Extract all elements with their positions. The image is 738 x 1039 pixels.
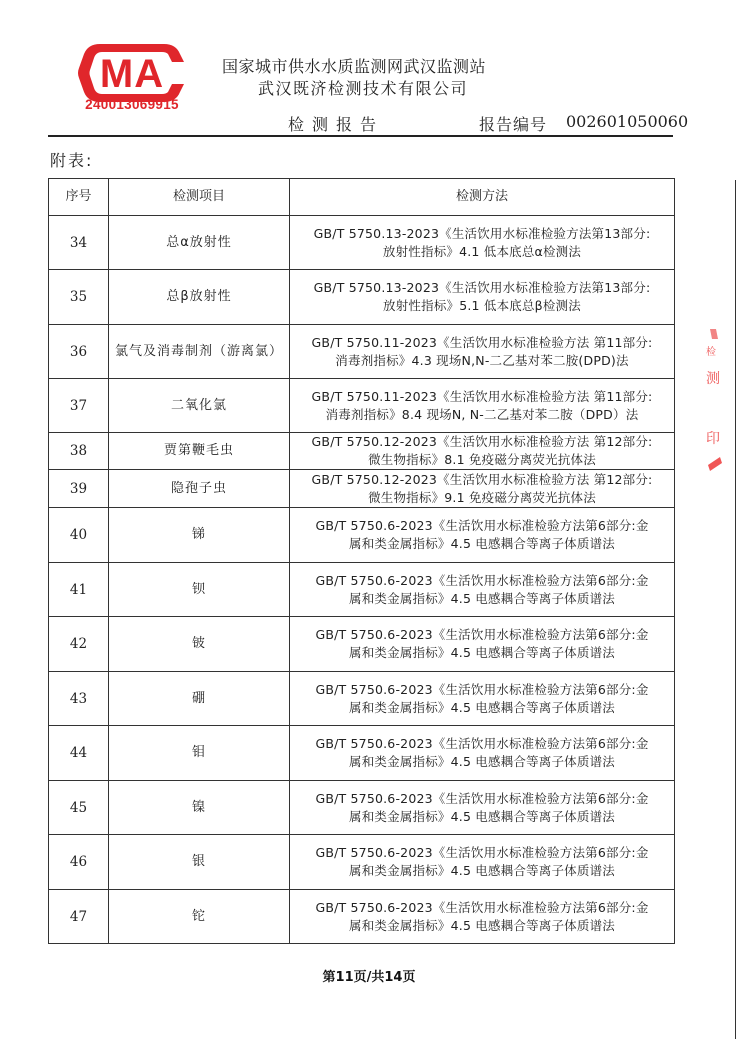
partial-red-seal-icon: 检 测 印 — [702, 325, 726, 475]
svg-text:印: 印 — [706, 431, 720, 447]
test-item: 隐孢子虫 — [109, 470, 290, 508]
header-divider — [48, 135, 673, 137]
table-row: 45镍GB/T 5750.6-2023《生活饮用水标准检验方法第6部分:金属和类… — [49, 781, 675, 835]
test-method-line: GB/T 5750.11-2023《生活饮用水标准检验方法 第11部分: — [292, 388, 672, 406]
table-row: 46银GB/T 5750.6-2023《生活饮用水标准检验方法第6部分:金属和类… — [49, 835, 675, 890]
test-item: 镍 — [109, 781, 290, 835]
test-method: GB/T 5750.11-2023《生活饮用水标准检验方法 第11部分:消毒剂指… — [290, 379, 675, 433]
row-number: 42 — [49, 617, 109, 672]
test-method-line: 属和类金属指标》4.5 电感耦合等离子体质谱法 — [292, 753, 672, 771]
test-item: 贾第鞭毛虫 — [109, 433, 290, 470]
test-method: GB/T 5750.11-2023《生活饮用水标准检验方法 第11部分:消毒剂指… — [290, 325, 675, 379]
test-method-line: 属和类金属指标》4.5 电感耦合等离子体质谱法 — [292, 862, 672, 880]
row-number: 41 — [49, 563, 109, 617]
test-method: GB/T 5750.13-2023《生活饮用水标准检验方法第13部分:放射性指标… — [290, 216, 675, 270]
test-method-line: GB/T 5750.6-2023《生活饮用水标准检验方法第6部分:金 — [292, 626, 672, 644]
table-row: 47铊GB/T 5750.6-2023《生活饮用水标准检验方法第6部分:金属和类… — [49, 890, 675, 944]
column-header-method: 检测方法 — [290, 179, 675, 216]
test-method: GB/T 5750.6-2023《生活饮用水标准检验方法第6部分:金属和类金属指… — [290, 781, 675, 835]
table-row: 40锑GB/T 5750.6-2023《生活饮用水标准检验方法第6部分:金属和类… — [49, 508, 675, 563]
row-number: 37 — [49, 379, 109, 433]
test-method-line: GB/T 5750.12-2023《生活饮用水标准检验方法 第12部分: — [292, 433, 672, 451]
row-number: 45 — [49, 781, 109, 835]
test-item: 总β放射性 — [109, 270, 290, 325]
test-method: GB/T 5750.6-2023《生活饮用水标准检验方法第6部分:金属和类金属指… — [290, 726, 675, 781]
row-number: 44 — [49, 726, 109, 781]
table-row: 43硼GB/T 5750.6-2023《生活饮用水标准检验方法第6部分:金属和类… — [49, 672, 675, 726]
report-number: 002601050060 — [566, 112, 688, 131]
org-name-secondary: 武汉既济检测技术有限公司 — [258, 76, 468, 99]
test-methods-table: 序号 检测项目 检测方法 34总α放射性GB/T 5750.13-2023《生活… — [48, 178, 675, 944]
test-method: GB/T 5750.6-2023《生活饮用水标准检验方法第6部分:金属和类金属指… — [290, 508, 675, 563]
svg-text:测: 测 — [706, 371, 720, 387]
test-item: 铍 — [109, 617, 290, 672]
test-method-line: 微生物指标》9.1 免疫磁分离荧光抗体法 — [292, 489, 672, 507]
row-number: 43 — [49, 672, 109, 726]
test-method-line: 属和类金属指标》4.5 电感耦合等离子体质谱法 — [292, 535, 672, 553]
test-method-line: 放射性指标》4.1 低本底总α检测法 — [292, 243, 672, 261]
test-method-line: GB/T 5750.6-2023《生活饮用水标准检验方法第6部分:金 — [292, 517, 672, 535]
test-method-line: GB/T 5750.6-2023《生活饮用水标准检验方法第6部分:金 — [292, 899, 672, 917]
test-method-line: GB/T 5750.6-2023《生活饮用水标准检验方法第6部分:金 — [292, 735, 672, 753]
table-row: 42铍GB/T 5750.6-2023《生活饮用水标准检验方法第6部分:金属和类… — [49, 617, 675, 672]
org-name-primary: 国家城市供水水质监测网武汉监测站 — [222, 54, 486, 77]
test-method: GB/T 5750.13-2023《生活饮用水标准检验方法第13部分:放射性指标… — [290, 270, 675, 325]
test-method: GB/T 5750.6-2023《生活饮用水标准检验方法第6部分:金属和类金属指… — [290, 672, 675, 726]
test-item: 铊 — [109, 890, 290, 944]
test-method-line: 属和类金属指标》4.5 电感耦合等离子体质谱法 — [292, 917, 672, 935]
test-method-line: GB/T 5750.6-2023《生活饮用水标准检验方法第6部分:金 — [292, 572, 672, 590]
test-method-line: 消毒剂指标》4.3 现场N,N-二乙基对苯二胺(DPD)法 — [292, 352, 672, 370]
test-method-line: GB/T 5750.12-2023《生活饮用水标准检验方法 第12部分: — [292, 471, 672, 489]
test-item: 钡 — [109, 563, 290, 617]
test-method: GB/T 5750.6-2023《生活饮用水标准检验方法第6部分:金属和类金属指… — [290, 563, 675, 617]
test-method-line: GB/T 5750.11-2023《生活饮用水标准检验方法 第11部分: — [292, 334, 672, 352]
table-row: 35总β放射性GB/T 5750.13-2023《生活饮用水标准检验方法第13部… — [49, 270, 675, 325]
test-method-line: 消毒剂指标》8.4 现场N, N-二乙基对苯二胺（DPD）法 — [292, 406, 672, 424]
test-method: GB/T 5750.6-2023《生活饮用水标准检验方法第6部分:金属和类金属指… — [290, 617, 675, 672]
row-number: 34 — [49, 216, 109, 270]
table-row: 36氯气及消毒制剂（游离氯）GB/T 5750.11-2023《生活饮用水标准检… — [49, 325, 675, 379]
test-method-line: 属和类金属指标》4.5 电感耦合等离子体质谱法 — [292, 590, 672, 608]
test-method-line: 属和类金属指标》4.5 电感耦合等离子体质谱法 — [292, 808, 672, 826]
svg-text:MA: MA — [100, 52, 164, 96]
row-number: 35 — [49, 270, 109, 325]
test-method-line: 放射性指标》5.1 低本底总β检测法 — [292, 297, 672, 315]
row-number: 39 — [49, 470, 109, 508]
test-method-line: GB/T 5750.13-2023《生活饮用水标准检验方法第13部分: — [292, 225, 672, 243]
table-row: 37二氧化氯GB/T 5750.11-2023《生活饮用水标准检验方法 第11部… — [49, 379, 675, 433]
table-row: 34总α放射性GB/T 5750.13-2023《生活饮用水标准检验方法第13部… — [49, 216, 675, 270]
test-item: 钼 — [109, 726, 290, 781]
table-row: 44钼GB/T 5750.6-2023《生活饮用水标准检验方法第6部分:金属和类… — [49, 726, 675, 781]
test-method-line: GB/T 5750.6-2023《生活饮用水标准检验方法第6部分:金 — [292, 844, 672, 862]
test-item: 总α放射性 — [109, 216, 290, 270]
row-number: 40 — [49, 508, 109, 563]
test-method: GB/T 5750.12-2023《生活饮用水标准检验方法 第12部分:微生物指… — [290, 470, 675, 508]
test-method-line: 属和类金属指标》4.5 电感耦合等离子体质谱法 — [292, 644, 672, 662]
test-method: GB/T 5750.6-2023《生活饮用水标准检验方法第6部分:金属和类金属指… — [290, 835, 675, 890]
page-edge-line — [735, 180, 736, 1039]
test-method-line: 微生物指标》8.1 免疫磁分离荧光抗体法 — [292, 451, 672, 469]
svg-text:检: 检 — [706, 345, 716, 358]
table-row: 39隐孢子虫GB/T 5750.12-2023《生活饮用水标准检验方法 第12部… — [49, 470, 675, 508]
test-item: 银 — [109, 835, 290, 890]
test-item: 二氧化氯 — [109, 379, 290, 433]
table-header-row: 序号 检测项目 检测方法 — [49, 179, 675, 216]
row-number: 47 — [49, 890, 109, 944]
page-indicator: 第11页/共14页 — [0, 966, 738, 985]
annex-label: 附表: — [50, 148, 93, 171]
test-method-line: GB/T 5750.13-2023《生活饮用水标准检验方法第13部分: — [292, 279, 672, 297]
table-row: 38贾第鞭毛虫GB/T 5750.12-2023《生活饮用水标准检验方法 第12… — [49, 433, 675, 470]
row-number: 38 — [49, 433, 109, 470]
test-item: 锑 — [109, 508, 290, 563]
test-item: 氯气及消毒制剂（游离氯） — [109, 325, 290, 379]
row-number: 46 — [49, 835, 109, 890]
cma-number: 240013069915 — [76, 97, 188, 112]
report-title: 检测报告 — [288, 112, 384, 135]
column-header-no: 序号 — [49, 179, 109, 216]
row-number: 36 — [49, 325, 109, 379]
test-item: 硼 — [109, 672, 290, 726]
test-method: GB/T 5750.6-2023《生活饮用水标准检验方法第6部分:金属和类金属指… — [290, 890, 675, 944]
report-number-label: 报告编号 — [479, 112, 547, 135]
column-header-item: 检测项目 — [109, 179, 290, 216]
test-method-line: GB/T 5750.6-2023《生活饮用水标准检验方法第6部分:金 — [292, 790, 672, 808]
table-row: 41钡GB/T 5750.6-2023《生活饮用水标准检验方法第6部分:金属和类… — [49, 563, 675, 617]
test-method-line: GB/T 5750.6-2023《生活饮用水标准检验方法第6部分:金 — [292, 681, 672, 699]
test-method: GB/T 5750.12-2023《生活饮用水标准检验方法 第12部分:微生物指… — [290, 433, 675, 470]
test-method-line: 属和类金属指标》4.5 电感耦合等离子体质谱法 — [292, 699, 672, 717]
